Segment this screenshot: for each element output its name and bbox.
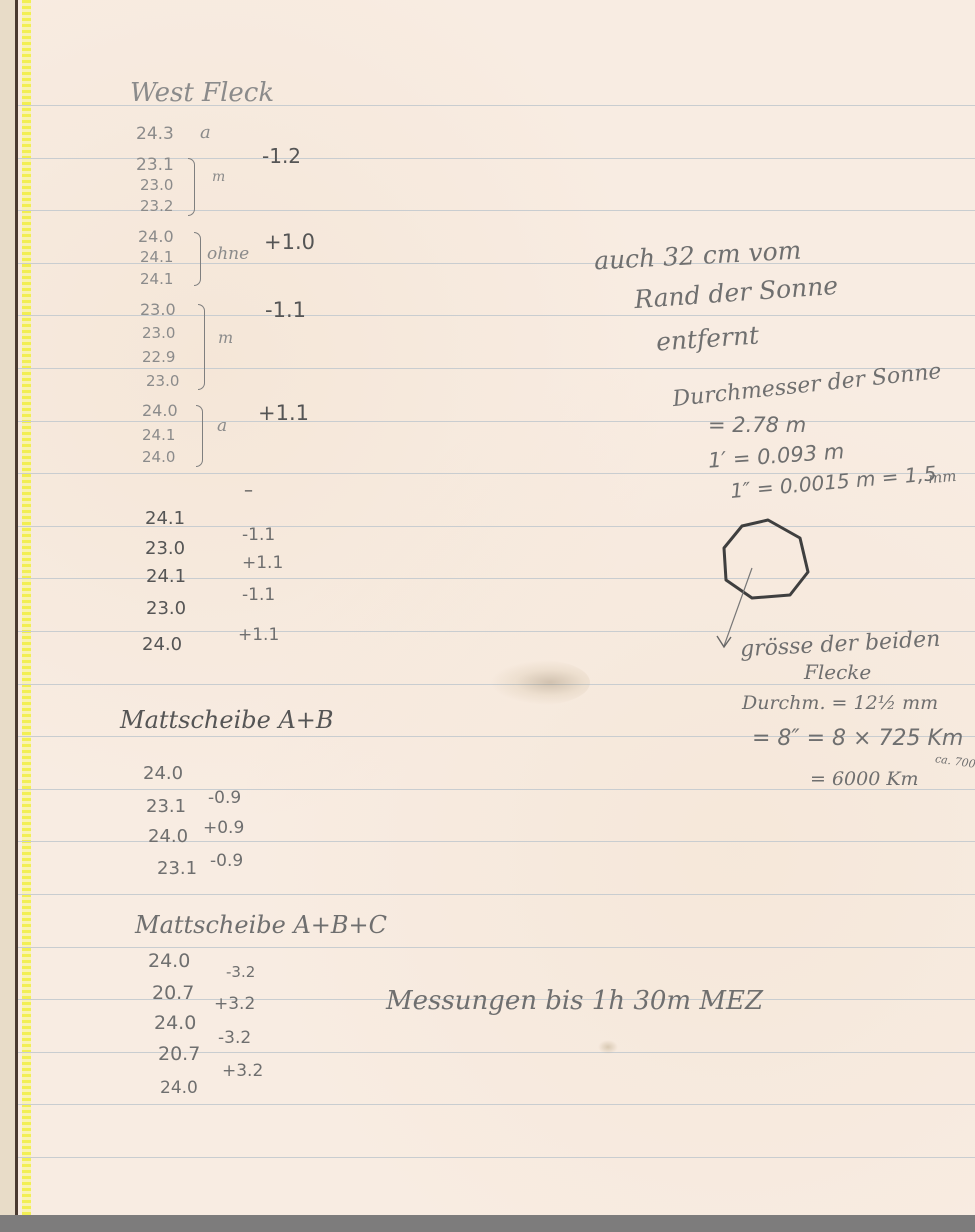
sunspot-sketch xyxy=(0,0,975,1232)
note-spot-arcsec: = 8″ = 8 × 725 Km xyxy=(752,728,963,750)
note-measurement-end: Messungen bis 1h 30m MEZ xyxy=(386,988,763,1014)
note-spot-diameter: Durchm. = 12½ mm xyxy=(742,694,938,713)
sketch-caption-line-2: Flecke xyxy=(804,662,871,682)
note-spot-km: = 6000 Km xyxy=(810,770,919,789)
spot-outline-icon xyxy=(724,520,808,598)
